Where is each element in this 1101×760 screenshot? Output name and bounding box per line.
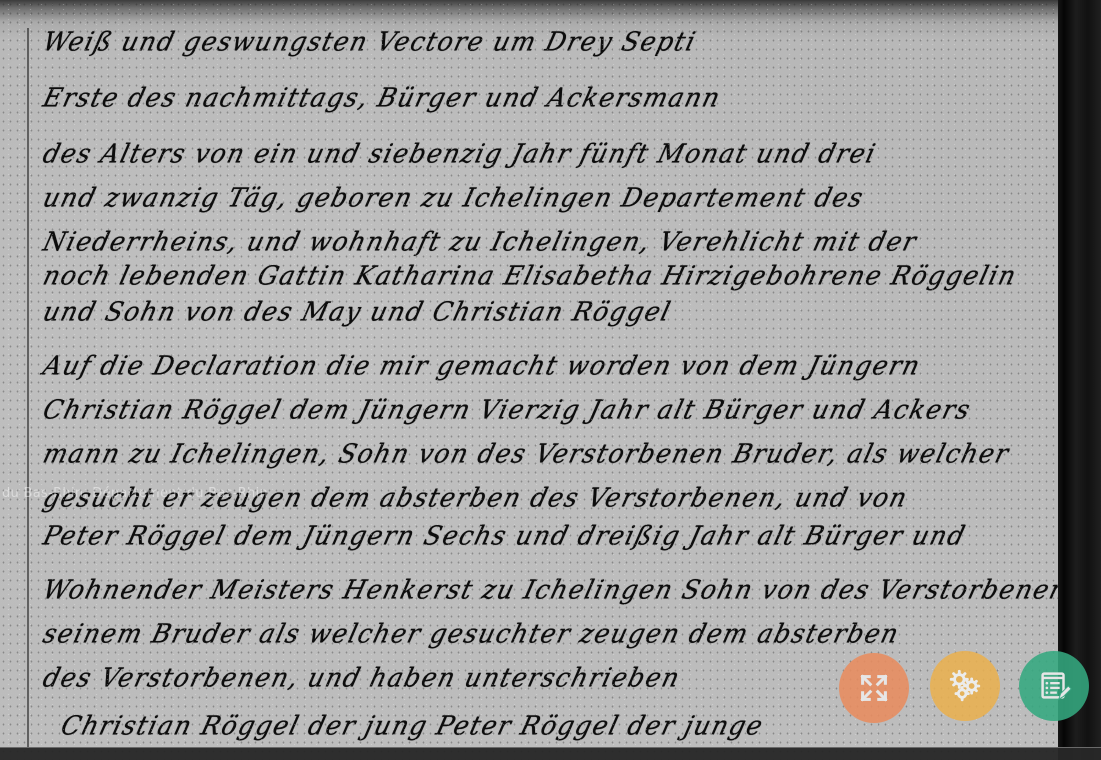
handwritten-line: Wohnender Meisters Henkerst zu Ichelinge… (40, 575, 1071, 605)
settings-button[interactable] (930, 651, 1000, 721)
handwritten-line: Weiß und geswungsten Vectore um Drey Sep… (40, 27, 700, 57)
signature-line: Christian Röggel der jung Peter Röggel d… (58, 711, 767, 741)
handwritten-line: noch lebenden Gattin Katharina Elisabeth… (40, 261, 1020, 291)
handwritten-line: und Sohn von des May und Christian Rögge… (40, 297, 675, 327)
handwritten-line: Christian Röggel dem Jüngern Vierzig Jah… (40, 395, 975, 425)
gears-icon (946, 667, 984, 705)
archive-watermark: du Bas-Rhin, Département du Bas-Rhin (2, 486, 268, 501)
handwritten-line: seinem Bruder als welcher gesuchter zeug… (40, 619, 903, 649)
form-edit-icon (1035, 667, 1073, 705)
handwritten-line: Peter Röggel dem Jüngern Sechs und dreiß… (40, 521, 969, 551)
image-viewer[interactable]: Weiß und geswungsten Vectore um Drey Sep… (0, 0, 1101, 760)
handwritten-line: Auf die Declaration die mir gemacht word… (40, 351, 924, 381)
handwritten-line: des Alters von ein und siebenzig Jahr fü… (40, 139, 880, 169)
handwritten-line: mann zu Ichelingen, Sohn von des Verstor… (40, 439, 1013, 469)
handwritten-line: und zwanzig Täg, geboren zu Ichelingen D… (40, 183, 867, 213)
handwritten-line: Erste des nachmittags, Bürger und Ackers… (40, 83, 724, 113)
transcription-button[interactable] (1019, 651, 1089, 721)
margin-line (27, 28, 29, 748)
book-binding-shadow (1058, 0, 1101, 760)
fullscreen-button[interactable] (839, 653, 909, 723)
handwritten-line: Niederrheins, und wohnhaft zu Ichelingen… (40, 227, 921, 257)
bottom-toolbar (0, 747, 1101, 760)
handwritten-line: des Verstorbenen, und haben unterschrieb… (40, 663, 684, 693)
expand-icon (855, 669, 893, 707)
document-scan[interactable]: Weiß und geswungsten Vectore um Drey Sep… (0, 0, 1062, 760)
